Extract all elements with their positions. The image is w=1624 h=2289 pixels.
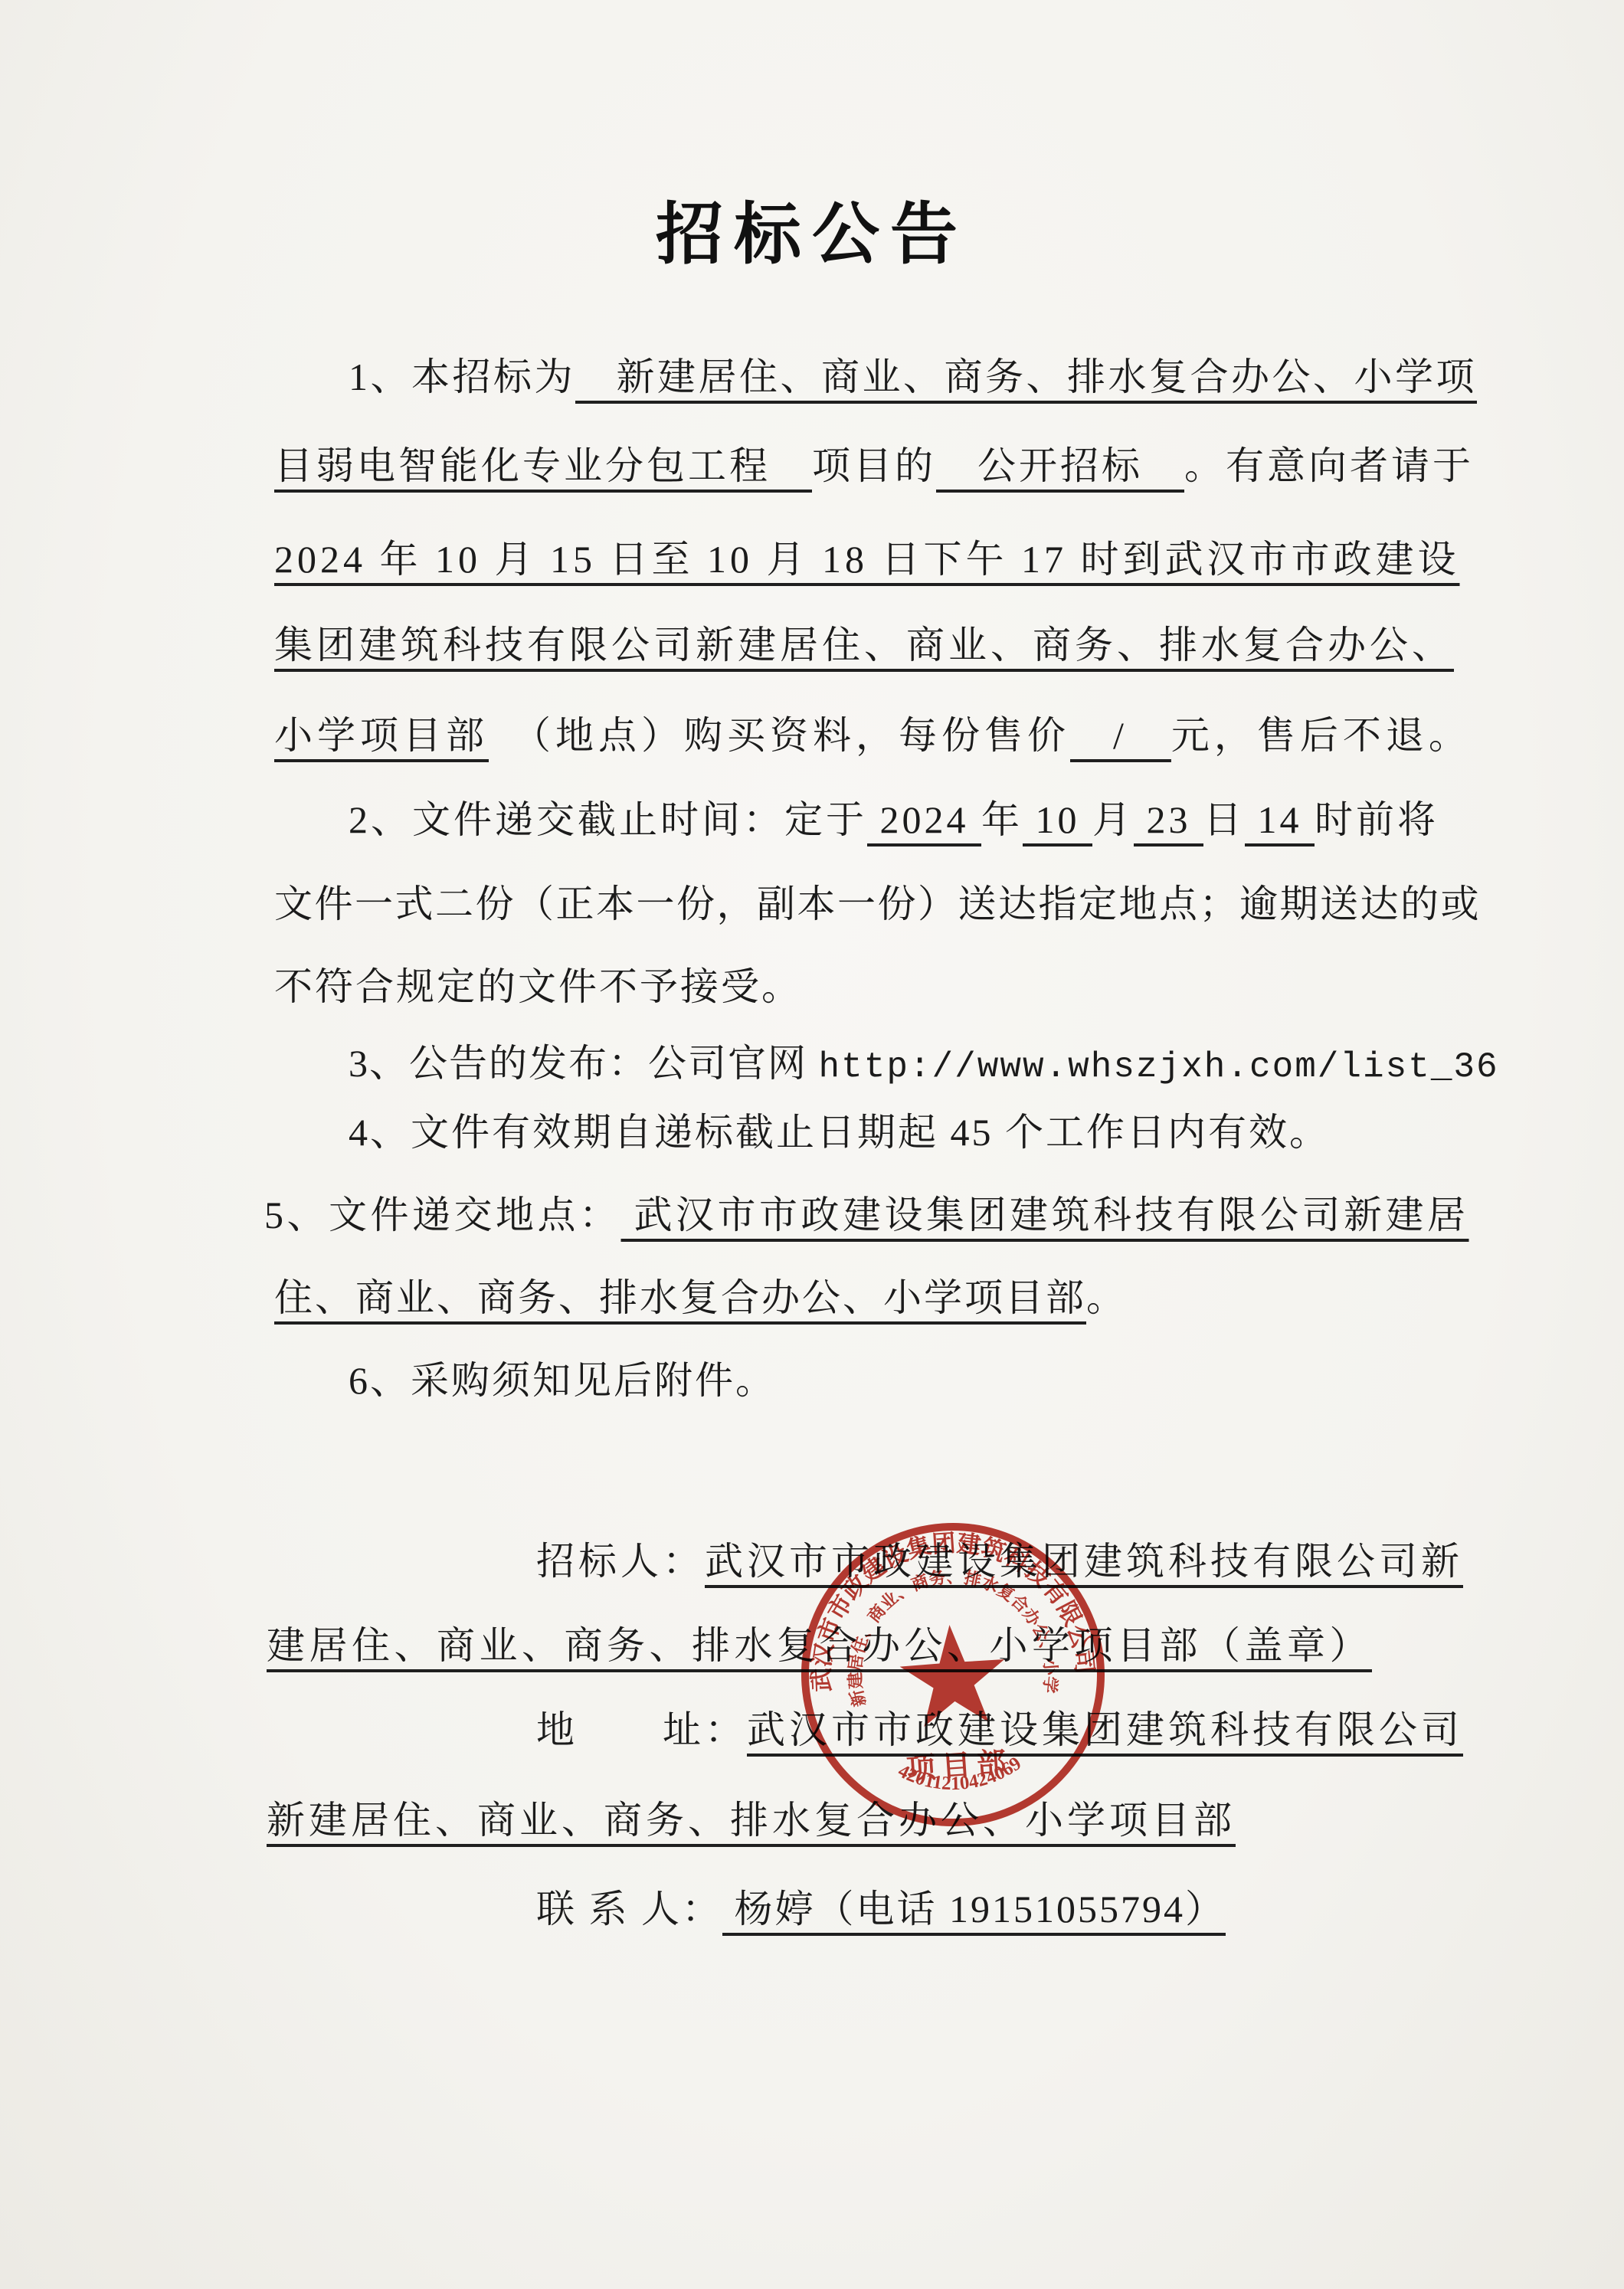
scanned-document-page: 招标公告 1、本招标为 新建居住、商业、商务、排水复合办公、小学项目弱电智能化专… xyxy=(0,0,1624,2289)
text-segment: 2、文件递交截止时间：定于 xyxy=(349,798,867,841)
item1-line1: 1、本招标为 新建居住、商业、商务、排水复合办公、小学项 xyxy=(349,354,1477,400)
filled-blank-underlined: / xyxy=(1070,714,1171,757)
tenderer-line2: 建居住、商业、商务、排水复合办公、小学项目部（盖章） xyxy=(267,1623,1372,1668)
seal-serial-number-text: 42011210424069 xyxy=(893,1752,1026,1798)
item2-line2: 文件一式二份（正本一份，副本一份）送达指定地点；逾期送达的或 xyxy=(274,881,1481,927)
text-segment: 日 xyxy=(1203,798,1245,841)
item4-line1: 4、文件有效期自递标截止日期起 45 个工作日内有效。 xyxy=(349,1109,1330,1155)
text-segment: 招标人： xyxy=(536,1540,705,1583)
text-segment: 文件一式二份（正本一份，副本一份）送达指定地点；逾期送达的或 xyxy=(274,883,1481,925)
filled-blank-underlined: 新建居住、商业、商务、排水复合办公、小学项目部 xyxy=(267,1799,1236,1842)
item1-line3: 2024 年 10 月 15 日至 10 月 18 日下午 17 时到武汉市市政… xyxy=(274,536,1460,582)
filled-blank-underlined: 新建居住、商业、商务、排水复合办公、小学项 xyxy=(575,355,1477,398)
text-segment: 年 xyxy=(981,798,1023,841)
text-segment: 6、采购须知见后附件。 xyxy=(349,1359,776,1402)
text-segment: 5、文件递交地点： xyxy=(264,1194,621,1236)
address-line1: 地 址：武汉市市政建设集团建筑科技有限公司 xyxy=(536,1707,1463,1753)
filled-blank-underlined: 小学项目部 xyxy=(274,714,489,757)
address-line2: 新建居住、商业、商务、排水复合办公、小学项目部 xyxy=(267,1797,1236,1843)
document-title: 招标公告 xyxy=(207,181,1417,277)
text-segment: 地 址： xyxy=(536,1708,747,1751)
text-segment: 项目的 xyxy=(812,444,936,487)
text-segment: http://www.whszjxh.com/list_36 xyxy=(819,1047,1499,1087)
text-segment: 3、公告的发布：公司官网 xyxy=(349,1042,819,1085)
item3-line1: 3、公告的发布：公司官网 http://www.whszjxh.com/list… xyxy=(349,1040,1499,1089)
item1-line5: 小学项目部 （地点）购买资料，每份售价 / 元，售后不退。 xyxy=(274,712,1472,758)
filled-blank-underlined: 2024 xyxy=(867,798,981,841)
item1-line2: 目弱电智能化专业分包工程 项目的 公开招标 。有意向者请于 xyxy=(274,443,1474,489)
text-segment: 4、文件有效期自递标截止日期起 45 个工作日内有效。 xyxy=(349,1111,1330,1154)
filled-blank-underlined: 杨婷（电话 19151055794） xyxy=(722,1888,1226,1930)
filled-blank-underlined: 住、商业、商务、排水复合办公、小学项目部 xyxy=(274,1276,1086,1319)
text-segment: 。 xyxy=(1086,1276,1127,1319)
item2-line1: 2、文件递交截止时间：定于 2024 年 10 月 23 日 14 时前将 xyxy=(349,797,1439,843)
text-segment: （地点）购买资料，每份售价 xyxy=(489,714,1070,757)
item6-line1: 6、采购须知见后附件。 xyxy=(349,1357,776,1403)
filled-blank-underlined: 武汉市市政建设集团建筑科技有限公司 xyxy=(747,1708,1463,1751)
filled-blank-underlined: 集团建筑科技有限公司新建居住、商业、商务、排水复合办公、 xyxy=(274,624,1454,666)
text-segment: 。有意向者请于 xyxy=(1184,444,1474,487)
filled-blank-underlined: 武汉市市政建设集团建筑科技有限公司新建居 xyxy=(621,1194,1469,1236)
contact-line: 联 系 人： 杨婷（电话 19151055794） xyxy=(536,1886,1226,1932)
text-segment: 月 xyxy=(1092,798,1134,841)
text-segment: 时前将 xyxy=(1315,798,1439,841)
filled-blank-underlined: 23 xyxy=(1134,798,1203,841)
filled-blank-underlined: 公开招标 xyxy=(936,444,1184,487)
text-segment: 1、本招标为 xyxy=(349,355,575,398)
item5-line2: 住、商业、商务、排水复合办公、小学项目部。 xyxy=(274,1275,1127,1321)
text-segment: 不符合规定的文件不予接受。 xyxy=(274,965,802,1008)
item2-line3: 不符合规定的文件不予接受。 xyxy=(274,964,802,1010)
item5-line1: 5、文件递交地点： 武汉市市政建设集团建筑科技有限公司新建居 xyxy=(264,1192,1469,1238)
filled-blank-underlined: 14 xyxy=(1245,798,1315,841)
filled-blank-underlined: 目弱电智能化专业分包工程 xyxy=(274,444,812,487)
item1-line4: 集团建筑科技有限公司新建居住、商业、商务、排水复合办公、 xyxy=(274,622,1454,668)
tenderer-line1: 招标人：武汉市市政建设集团建筑科技有限公司新 xyxy=(536,1538,1463,1584)
filled-blank-underlined: 建居住、商业、商务、排水复合办公、小学项目部（盖章） xyxy=(267,1624,1372,1667)
filled-blank-underlined: 武汉市市政建设集团建筑科技有限公司新 xyxy=(705,1540,1463,1583)
text-segment: 元，售后不退。 xyxy=(1171,714,1472,757)
filled-blank-underlined: 2024 年 10 月 15 日至 10 月 18 日下午 17 时到武汉市市政… xyxy=(274,538,1460,581)
filled-blank-underlined: 10 xyxy=(1023,798,1092,841)
text-segment: 联 系 人： xyxy=(536,1888,722,1930)
